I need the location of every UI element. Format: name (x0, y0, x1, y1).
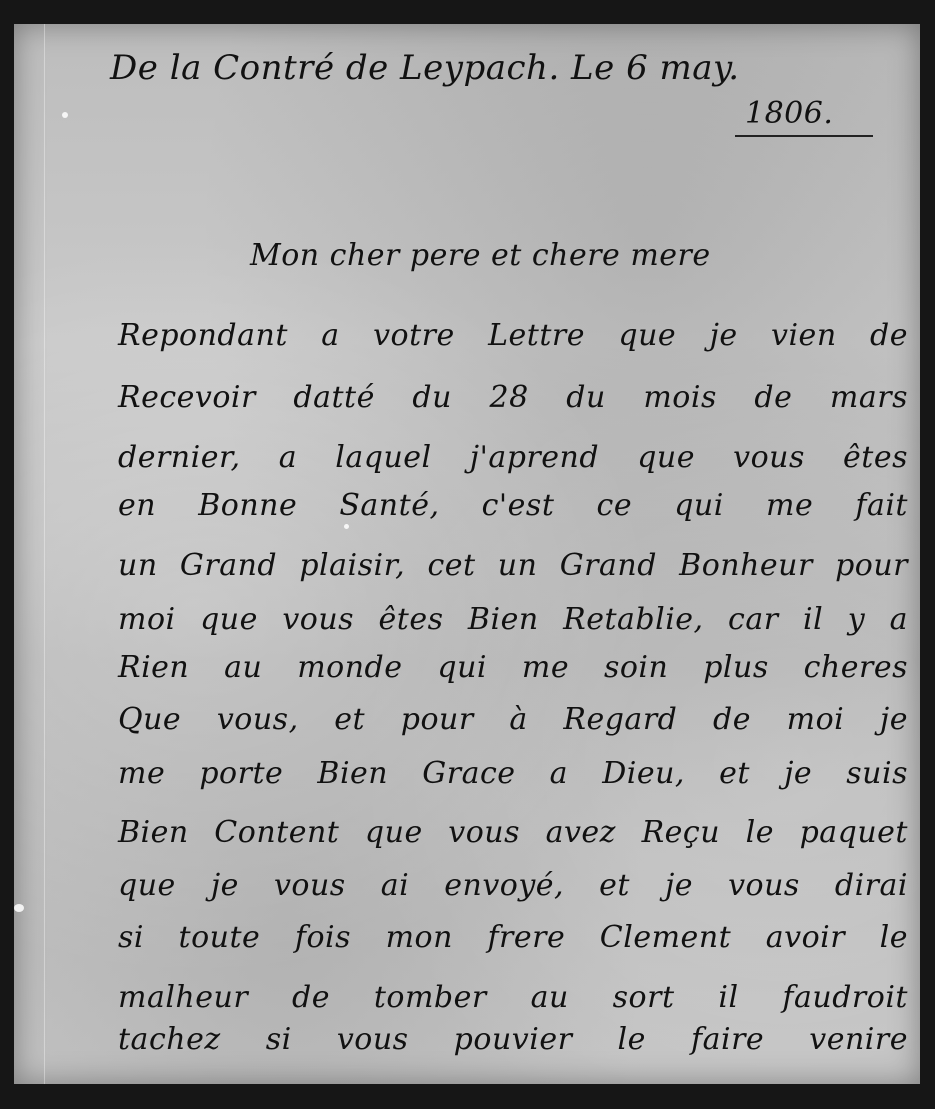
letter-body-line: me porte Bien Grace a Dieu, et je suis (118, 756, 908, 791)
paper-speck (344, 524, 349, 529)
paper-speck (14, 904, 24, 912)
letter-body-line: tachez si vous pouvier le faire venire (118, 1022, 908, 1057)
letter-body-line: Rien au monde qui me soin plus cheres (118, 650, 908, 685)
letter-body-line: Que vous, et pour à Regard de moi je (118, 702, 908, 737)
letter-body-line: Repondant a votre Lettre que je vien de (118, 318, 908, 353)
paper-speck (62, 112, 68, 118)
letter-body-line: que je vous ai envoyé, et je vous dirai (118, 868, 908, 903)
letter-body-line: en Bonne Santé, c'est ce qui me fait (118, 488, 908, 523)
letter-salutation: Mon cher pere et chere mere (250, 238, 711, 273)
letter-body-line: si toute fois mon frere Clement avoir le (118, 920, 908, 955)
letter-body-line: dernier, a laquel j'aprend que vous êtes (118, 440, 908, 475)
letter-year: 1806. (735, 96, 873, 137)
letter-place-date: De la Contré de Leypach. Le 6 may. (110, 48, 740, 88)
letter-body-line: malheur de tomber au sort il faudroit (118, 980, 908, 1015)
scan-frame: De la Contré de Leypach. Le 6 may. 1806.… (0, 0, 935, 1109)
letter-body-line: moi que vous êtes Bien Retablie, car il … (118, 602, 908, 637)
letter-body-line: Bien Content que vous avez Reçu le paque… (118, 815, 908, 850)
letter-body-line: Recevoir datté du 28 du mois de mars (118, 380, 908, 415)
letter-body-line: un Grand plaisir, cet un Grand Bonheur p… (118, 548, 908, 583)
